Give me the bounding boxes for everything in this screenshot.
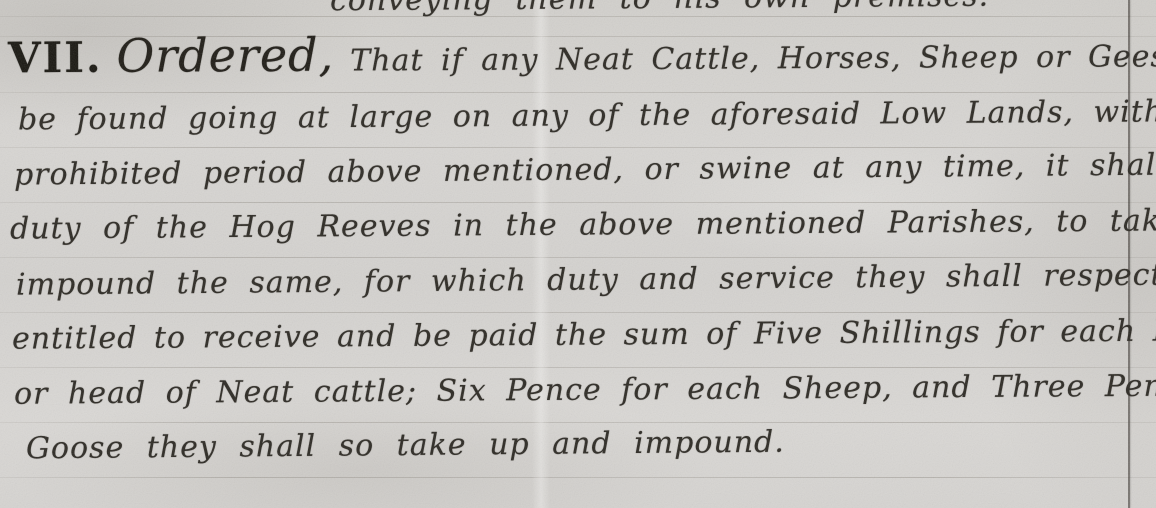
manuscript-line: or head of Neat cattle; Six Pence for ea… [14, 367, 1156, 411]
ruled-line [0, 477, 1156, 478]
ruled-line [0, 312, 1156, 313]
section-number: VII. [8, 33, 103, 82]
ruled-line [0, 147, 1156, 148]
opening-word: Ordered, [116, 28, 334, 83]
manuscript-page: conveying them to his own premises. VII.… [0, 0, 1156, 508]
manuscript-line: duty of the Hog Reeves in the above ment… [10, 202, 1156, 246]
manuscript-line: entitled to receive and be paid the sum … [12, 312, 1156, 356]
manuscript-line: be found going at large on any of the af… [18, 94, 1156, 138]
manuscript-line: VII.Ordered,That if any Neat Cattle, Hor… [8, 23, 1156, 84]
manuscript-line: prohibited period above mentioned, or sw… [14, 146, 1156, 192]
ruled-line [0, 92, 1156, 93]
ruled-line [0, 257, 1156, 258]
manuscript-line-text: That if any Neat Cattle, Horses, Sheep o… [350, 39, 1156, 79]
ruled-line [0, 202, 1156, 203]
ruled-line [0, 422, 1156, 423]
manuscript-line: Goose they shall so take up and impound. [26, 425, 785, 467]
manuscript-line: impound the same, for which duty and ser… [16, 256, 1156, 302]
ruled-line [0, 367, 1156, 368]
